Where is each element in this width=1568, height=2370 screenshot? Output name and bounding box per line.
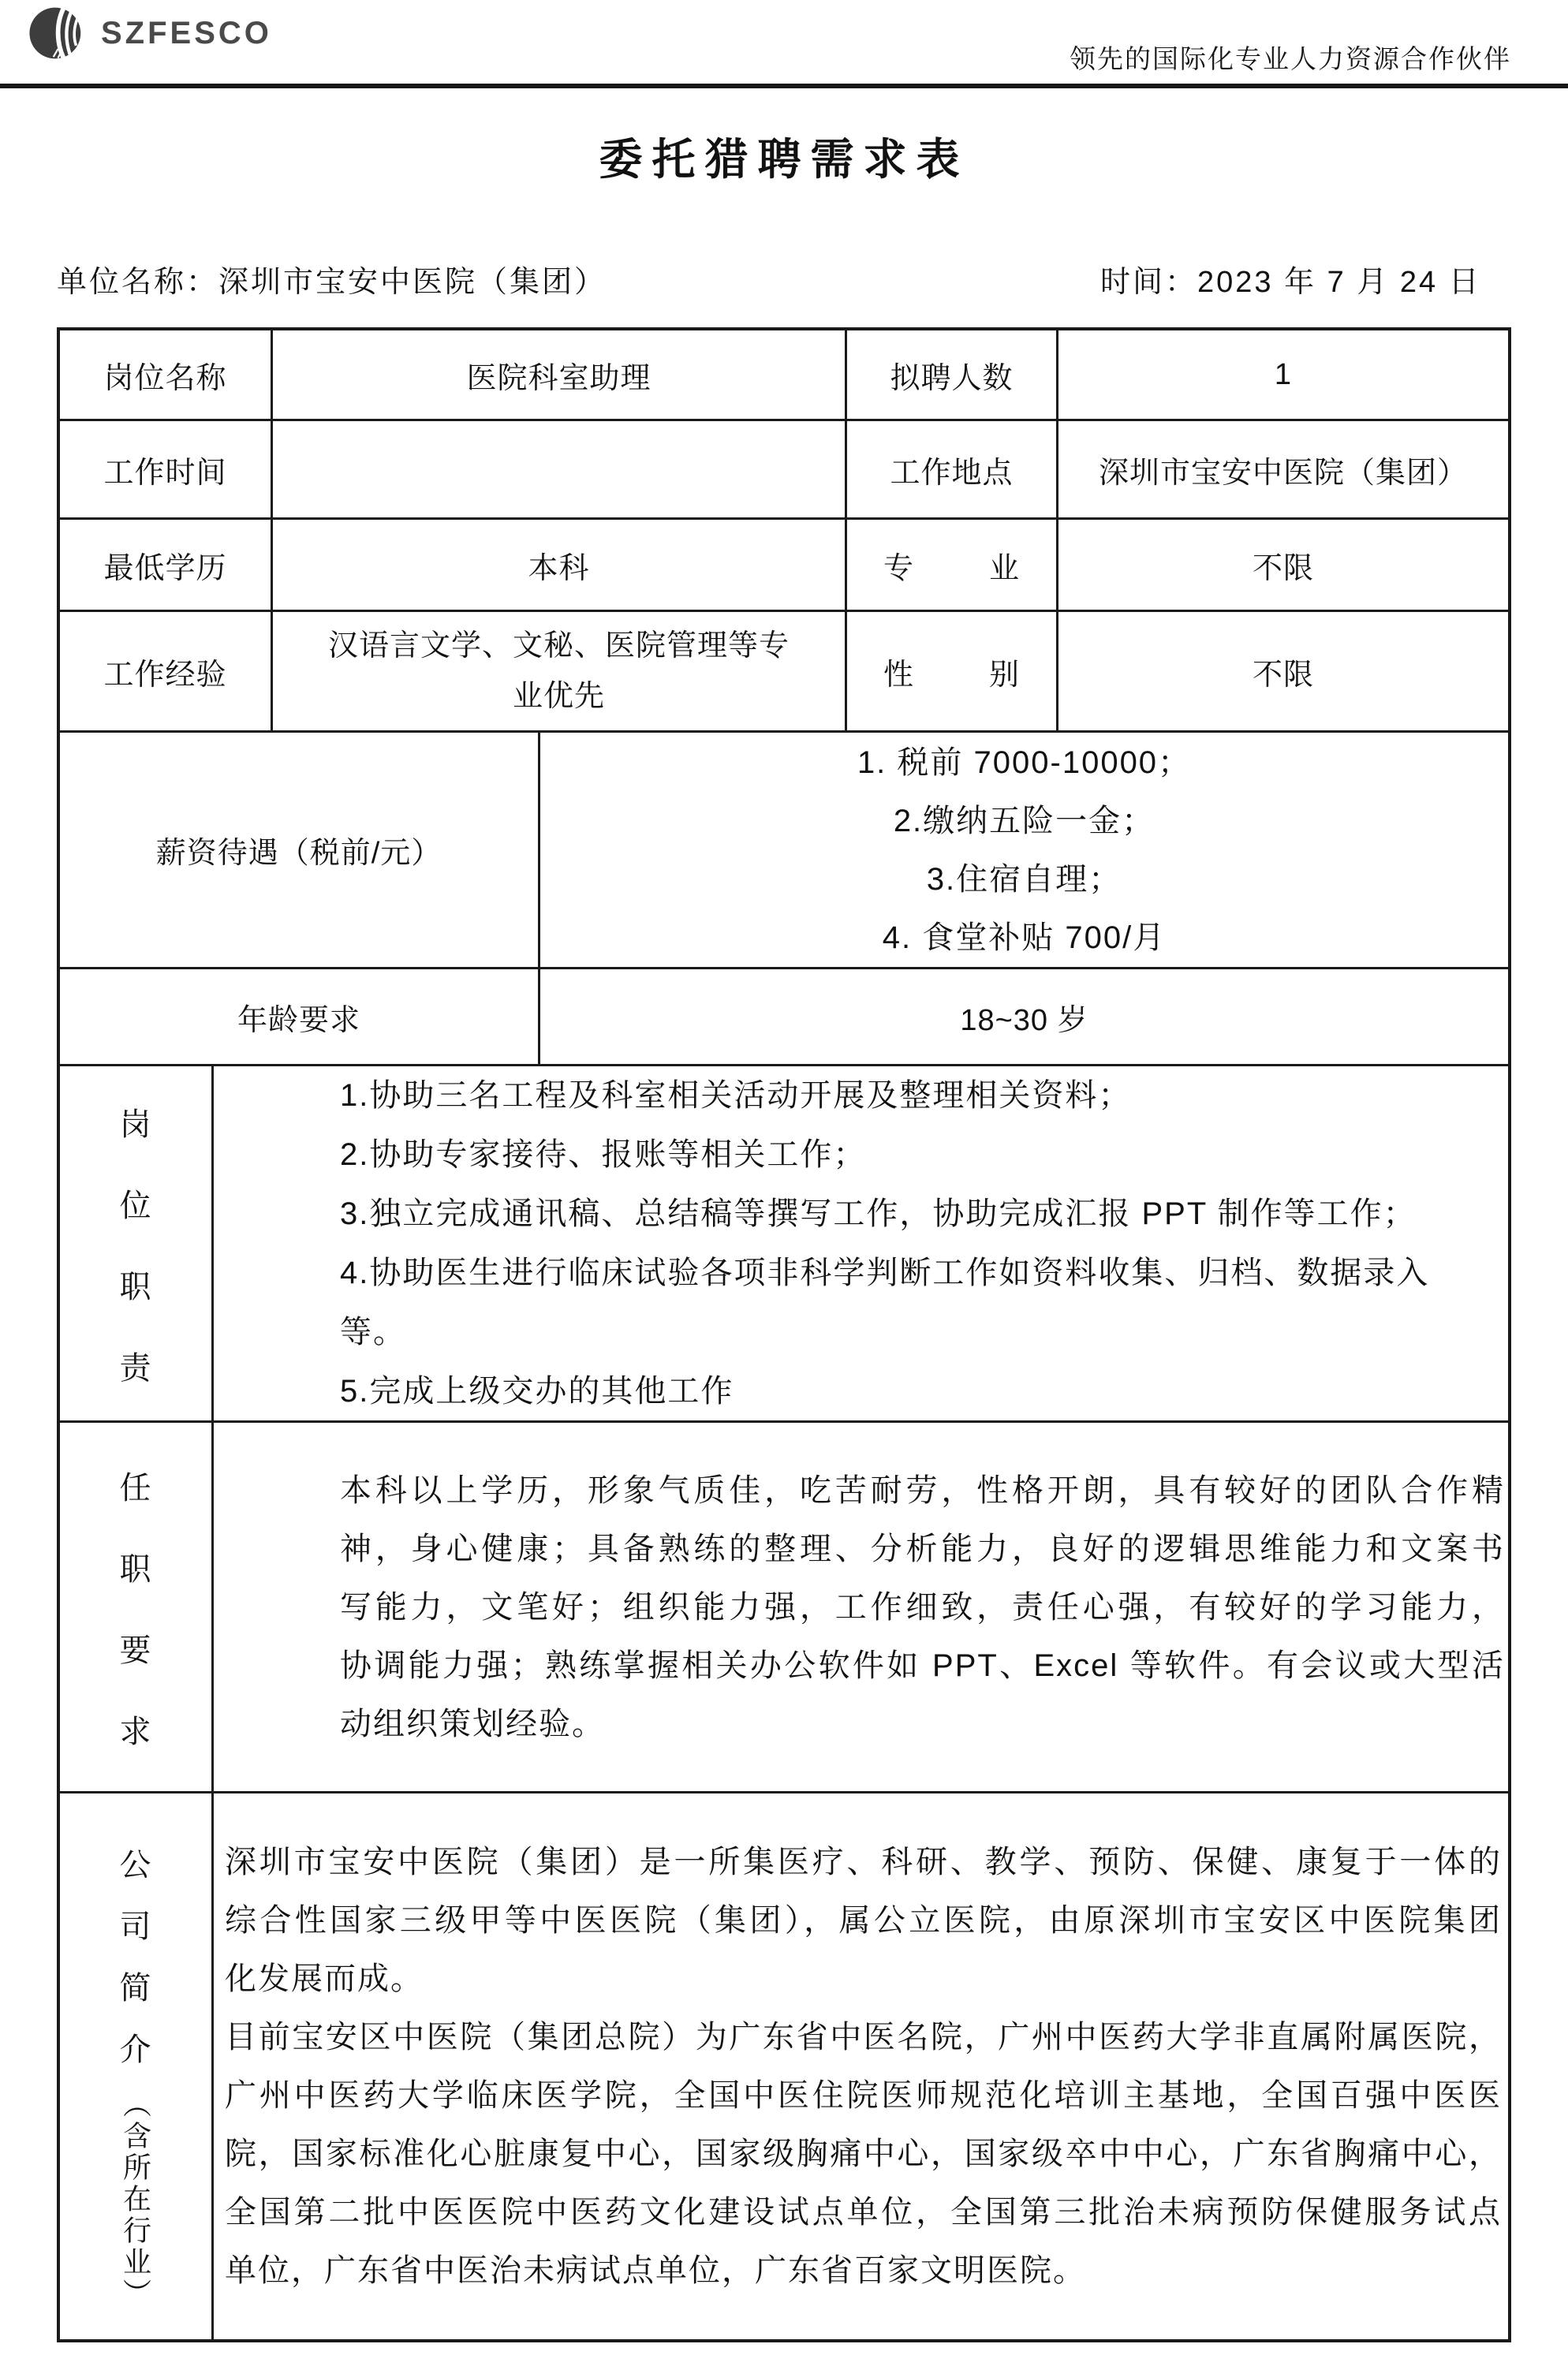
value-position-name: 医院科室助理 <box>273 330 847 419</box>
value-salary: 1. 税前 7000-10000；2.缴纳五险一金；3.住宿自理；4. 食堂补贴… <box>540 733 1508 967</box>
value-work-location: 深圳市宝安中医院（集团） <box>1058 421 1508 517</box>
document-page: SZFESCO 领先的国际化专业人力资源合作伙伴 委托猎聘需求表 单位名称：深圳… <box>0 0 1568 2370</box>
label-char: 岗 <box>120 1099 152 1144</box>
company-line: 广州中医药大学临床医学院，全国中医住院医师规范化培训主基地，全国百强中医医 <box>225 2066 1502 2125</box>
table-row-experience: 工作经验 汉语言文学、文秘、医院管理等专业优先 性 别 不限 <box>60 612 1508 733</box>
recruitment-form-table: 岗位名称 医院科室助理 拟聘人数 1 工作时间 工作地点 深圳市宝安中医院（集团… <box>57 327 1511 2342</box>
company-line: 院，国家标准化心脏康复中心，国家级胸痛中心，国家级卒中中心，广东省胸痛中心， <box>225 2125 1502 2183</box>
text-line: 业优先 <box>273 671 845 722</box>
requirement-line: 本科以上学历，形象气质佳，吃苦耐劳，性格开朗，具有较好的团队合作精 <box>340 1461 1505 1520</box>
table-row-worktime: 工作时间 工作地点 深圳市宝安中医院（集团） <box>60 421 1508 520</box>
value-work-time <box>273 421 847 517</box>
duty-line: 3.独立完成通讯稿、总结稿等撰写工作，协助完成汇报 PPT 制作等工作； <box>340 1185 1508 1244</box>
label-work-experience: 工作经验 <box>60 612 273 730</box>
value-gender: 不限 <box>1058 612 1508 730</box>
unit-name-text: 单位名称：深圳市宝安中医院（集团） <box>57 257 607 300</box>
label-salary: 薪资待遇（税前/元） <box>60 733 540 967</box>
duty-line: 5.完成上级交办的其他工作 <box>340 1362 1508 1421</box>
form-title: 委托猎聘需求表 <box>0 125 1568 187</box>
label-char: 简 <box>120 1963 152 2008</box>
vertical-label-requirements: 任职要求 <box>60 1423 214 1791</box>
value-min-education: 本科 <box>273 520 847 610</box>
company-label: 公司简介 （含所在行业） <box>60 1823 211 2310</box>
header-tagline: 领先的国际化专业人力资源合作伙伴 <box>1070 39 1511 76</box>
label-char: 位 <box>120 1181 152 1226</box>
label-gender-chars: 性 别 <box>847 650 1056 693</box>
szfesco-logo-icon <box>28 5 85 62</box>
value-age: 18~30 岁 <box>540 969 1508 1064</box>
duty-line: 等。 <box>340 1303 1508 1362</box>
requirements-lines: 本科以上学历，形象气质佳，吃苦耐劳，性格开朗，具有较好的团队合作精神，身心健康；… <box>214 1461 1508 1753</box>
company-intro-lines: 深圳市宝安中医院（集团）是一所集医疗、科研、教学、预防、保健、康复于一体的综合性… <box>214 1833 1508 2300</box>
vertical-label-duties: 岗位职责 <box>60 1066 214 1420</box>
salary-lines: 1. 税前 7000-10000；2.缴纳五险一金；3.住宿自理；4. 食堂补贴… <box>540 733 1508 967</box>
value-major: 不限 <box>1058 520 1508 610</box>
label-age: 年龄要求 <box>60 969 540 1064</box>
label-char: 责 <box>120 1343 152 1388</box>
duties-cell: 1.协助三名工程及科室相关活动开展及整理相关资料；2.协助专家接待、报账等相关工… <box>214 1066 1508 1420</box>
requirement-line: 协调能力强；熟练掌握相关办公软件如 PPT、Excel 等软件。有会议或大型活 <box>340 1637 1505 1695</box>
company-line: 综合性国家三级甲等中医医院（集团），属公立医院，由原深圳市宝安区中医院集团 <box>225 1891 1502 1950</box>
szfesco-logo: SZFESCO <box>28 5 272 62</box>
salary-line: 3.住宿自理； <box>540 850 1508 909</box>
duty-line: 2.协助专家接待、报账等相关工作； <box>340 1125 1508 1185</box>
salary-line: 1. 税前 7000-10000； <box>540 733 1508 792</box>
company-line: 目前宝安区中医院（集团总院）为广东省中医名院，广州中医药大学非直属附属医院， <box>225 2008 1502 2066</box>
label-min-education: 最低学历 <box>60 520 273 610</box>
label-char: 要 <box>120 1625 152 1670</box>
table-row-requirements: 任职要求 本科以上学历，形象气质佳，吃苦耐劳，性格开朗，具有较好的团队合作精神，… <box>60 1423 1508 1793</box>
label-char: 求 <box>120 1707 152 1752</box>
vertical-label-company-intro: 公司简介 （含所在行业） <box>60 1793 214 2339</box>
salary-line: 4. 食堂补贴 700/月 <box>540 909 1508 967</box>
table-row-duties: 岗位职责 1.协助三名工程及科室相关活动开展及整理相关资料；2.协助专家接待、报… <box>60 1066 1508 1423</box>
table-row-company-intro: 公司简介 （含所在行业） 深圳市宝安中医院（集团）是一所集医疗、科研、教学、预防… <box>60 1793 1508 2339</box>
label-work-time: 工作时间 <box>60 421 273 517</box>
label-position-name: 岗位名称 <box>60 330 273 419</box>
table-row-age: 年龄要求 18~30 岁 <box>60 969 1508 1066</box>
label-work-location: 工作地点 <box>847 421 1058 517</box>
value-headcount: 1 <box>1058 330 1508 419</box>
label-gender: 性 别 <box>847 612 1058 730</box>
company-line: 全国第二批中医医院中医药文化建设试点单位，全国第三批治未病预防保健服务试点 <box>225 2183 1502 2241</box>
requirements-label-chars: 任职要求 <box>60 1445 211 1770</box>
table-row-salary: 薪资待遇（税前/元） 1. 税前 7000-10000；2.缴纳五险一金；3.住… <box>60 733 1508 969</box>
requirements-cell: 本科以上学历，形象气质佳，吃苦耐劳，性格开朗，具有较好的团队合作精神，身心健康；… <box>214 1423 1508 1791</box>
label-char: 职 <box>120 1544 152 1589</box>
info-line: 单位名称：深圳市宝安中医院（集团） 时间：2023 年 7 月 24 日 <box>57 257 1511 292</box>
company-intro-cell: 深圳市宝安中医院（集团）是一所集医疗、科研、教学、预防、保健、康复于一体的综合性… <box>214 1793 1508 2339</box>
form-date-text: 时间：2023 年 7 月 24 日 <box>1100 257 1481 300</box>
duty-line: 1.协助三名工程及科室相关活动开展及整理相关资料； <box>340 1066 1508 1125</box>
work-experience-lines: 汉语言文学、文秘、医院管理等专业优先 <box>273 621 845 722</box>
table-row-education: 最低学历 本科 专 业 不限 <box>60 520 1508 612</box>
label-major: 专 业 <box>847 520 1058 610</box>
label-major-char-2: 业 <box>989 543 1020 587</box>
label-major-chars: 专 业 <box>847 543 1056 587</box>
company-label-chars: 公司简介 <box>120 1823 152 2086</box>
label-char: 司 <box>120 1902 152 1946</box>
label-char: 公 <box>120 1840 152 1885</box>
requirement-line: 写能力，文笔好；组织能力强，工作细致，责任心强，有较好的学习能力， <box>340 1578 1505 1637</box>
company-label-suffix: （含所在行业） <box>116 2089 156 2310</box>
page-header: SZFESCO 领先的国际化专业人力资源合作伙伴 <box>0 0 1568 88</box>
duties-label-chars: 岗位职责 <box>60 1081 211 1406</box>
table-row-position: 岗位名称 医院科室助理 拟聘人数 1 <box>60 330 1508 421</box>
text-line: 汉语言文学、文秘、医院管理等专 <box>273 621 845 671</box>
company-line: 单位，广东省中医治未病试点单位，广东省百家文明医院。 <box>225 2241 1502 2300</box>
label-gender-char-1: 性 <box>883 650 914 693</box>
label-char: 任 <box>120 1463 152 1508</box>
label-major-char-1: 专 <box>883 543 914 587</box>
value-work-experience: 汉语言文学、文秘、医院管理等专业优先 <box>273 612 847 730</box>
duties-lines: 1.协助三名工程及科室相关活动开展及整理相关资料；2.协助专家接待、报账等相关工… <box>214 1066 1508 1420</box>
company-line: 化发展而成。 <box>225 1950 1502 2008</box>
logo-text: SZFESCO <box>101 16 272 51</box>
requirement-line: 动组织策划经验。 <box>340 1695 1505 1753</box>
company-line: 深圳市宝安中医院（集团）是一所集医疗、科研、教学、预防、保健、康复于一体的 <box>225 1833 1502 1891</box>
label-char: 职 <box>120 1262 152 1307</box>
label-char: 介 <box>120 2025 152 2070</box>
label-headcount: 拟聘人数 <box>847 330 1058 419</box>
salary-line: 2.缴纳五险一金； <box>540 792 1508 850</box>
requirement-line: 神，身心健康；具备熟练的整理、分析能力，良好的逻辑思维能力和文案书 <box>340 1520 1505 1578</box>
duty-line: 4.协助医生进行临床试验各项非科学判断工作如资料收集、归档、数据录入 <box>340 1244 1508 1303</box>
label-gender-char-2: 别 <box>989 650 1020 693</box>
